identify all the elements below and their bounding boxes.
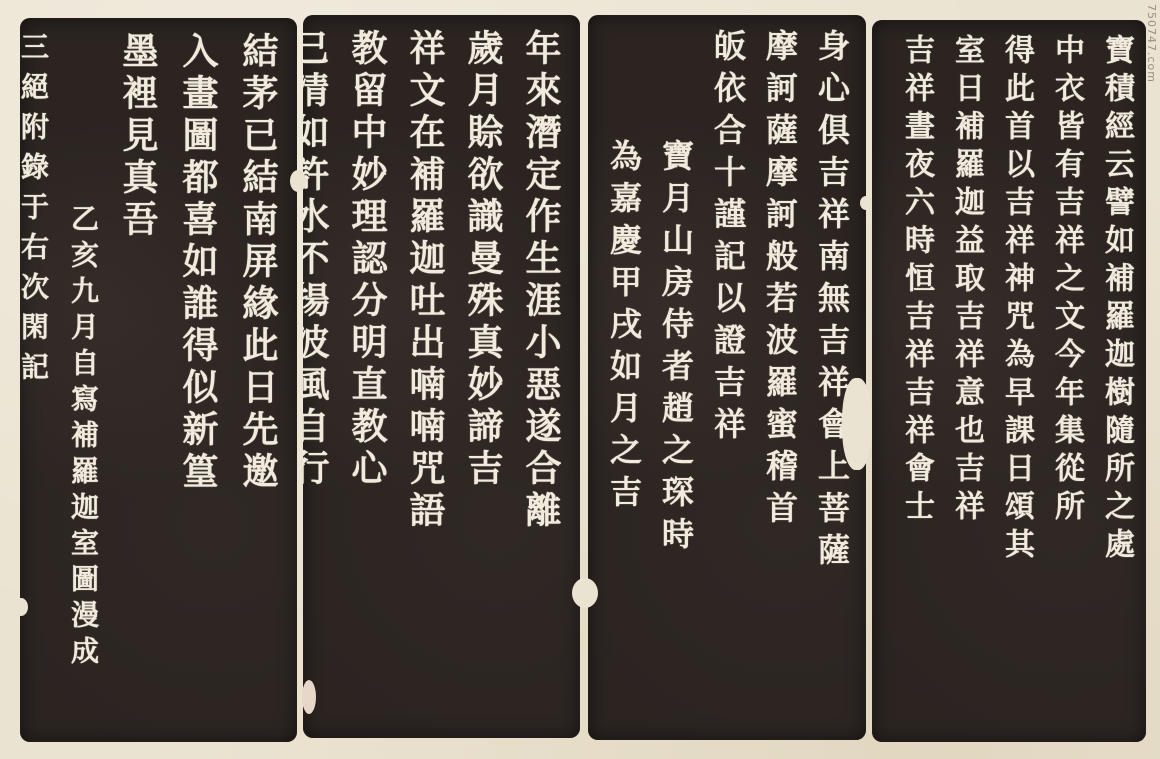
text-column: 摩訶薩摩訶般若波羅蜜稽首	[758, 29, 802, 740]
rubbing-panel-1: 結茅已結南屏緣此日先邀 入畫圖都喜如誰得似新篁 墨裡見真吾 乙亥九月自寫補羅迦室…	[20, 18, 297, 742]
text-column: 已清如許水不揚波風自行	[303, 29, 336, 738]
watermark-text: 750747.com	[1145, 4, 1158, 83]
text-column: 歲月賒欲識曼殊真妙諦吉	[456, 29, 510, 738]
paper-damage-mark	[860, 196, 872, 210]
rubbing-panel-2: 年來潛定作生涯小惡遂合離 歲月賒欲識曼殊真妙諦吉 祥文在補羅迦吐出喃喃咒語 教留…	[303, 15, 580, 738]
text-column: 墨裡見真吾	[111, 32, 165, 742]
text-column: 乙亥九月自寫補羅迦室圖漫成	[61, 204, 105, 742]
text-column: 祥文在補羅迦吐出喃喃咒語	[398, 29, 452, 738]
text-column: 為嘉慶甲戌如月之吉	[602, 139, 646, 740]
paper-damage-mark	[842, 378, 872, 470]
paper-damage-mark	[290, 170, 306, 192]
text-column: 年來潛定作生涯小惡遂合離	[514, 29, 568, 738]
rubbing-panel-3: 身心俱吉祥南無吉祥會上菩薩 摩訶薩摩訶般若波羅蜜稽首 皈依合十謹記以證吉祥 寶月…	[588, 15, 866, 740]
paper-damage-mark	[572, 578, 598, 608]
paper-damage-mark	[302, 680, 316, 714]
text-column: 結茅已結南屏緣此日先邀	[231, 32, 285, 742]
text-column: 中衣皆有吉祥之文今年集從所	[1044, 34, 1088, 742]
text-column: 三絕附錄于右次閑記	[20, 32, 55, 742]
text-column: 教留中妙理認分明直教心	[340, 29, 394, 738]
text-column: 皈依合十謹記以證吉祥	[706, 29, 750, 740]
paper-damage-mark	[14, 598, 28, 616]
text-column: 入畫圖都喜如誰得似新篁	[171, 32, 225, 742]
text-column: 室日補羅迦益取吉祥意也吉祥	[944, 34, 988, 742]
text-column: 得此首以吉祥神咒為早課日頌其	[994, 34, 1038, 742]
text-column: 寶月山房侍者趙之琛時	[654, 139, 698, 740]
text-column: 吉祥晝夜六時恒吉祥吉祥會士	[894, 34, 938, 742]
text-column: 寶積經云譬如補羅迦樹隨所之處	[1094, 34, 1138, 742]
rubbing-panel-4: 寶積經云譬如補羅迦樹隨所之處 中衣皆有吉祥之文今年集從所 得此首以吉祥神咒為早課…	[872, 20, 1146, 742]
